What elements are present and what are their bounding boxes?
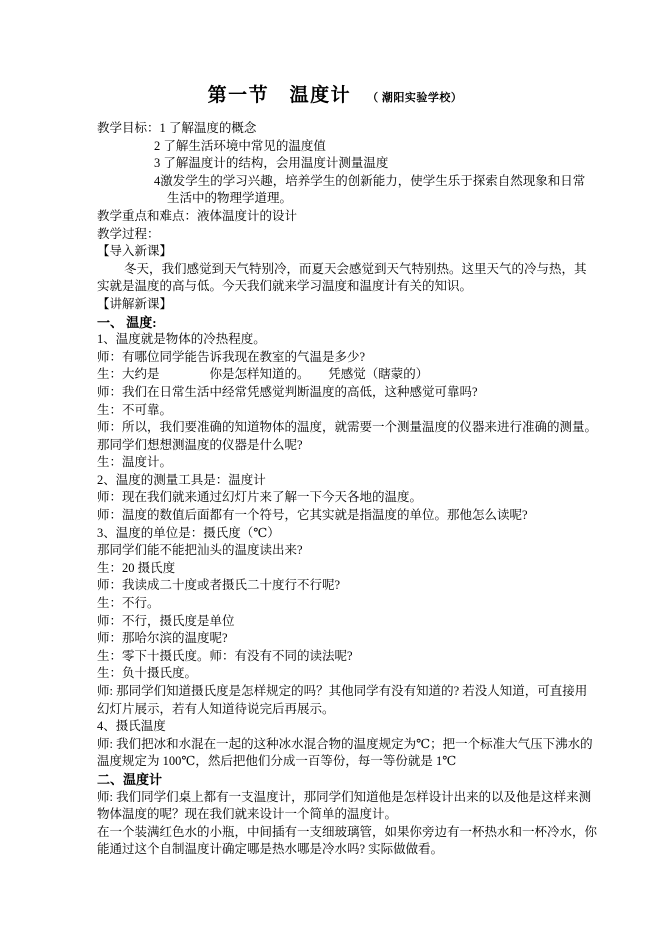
school-name: （ 潮阳实验学校）: [367, 92, 462, 104]
text-line: 4、摄氏温度: [97, 718, 573, 736]
text-line: 3、温度的单位是：摄氏度（℃）: [97, 525, 573, 543]
text-line: 生：温度计。: [97, 454, 573, 472]
text-line: 那同学们能不能把汕头的温度读出来?: [97, 542, 573, 560]
text-line: 教学过程：: [97, 226, 573, 244]
text-line: 师: 那同学们知道摄氏度是怎样规定的吗？其他同学有没有知道的? 若没人知道，可直…: [97, 683, 573, 701]
document-page: 第一节 温度计（ 潮阳实验学校） 教学目标：1 了解温度的概念2 了解生活环境中…: [0, 0, 661, 935]
text-line: 师：现在我们就来通过幻灯片来了解一下今天各地的温度。: [97, 489, 573, 507]
text-line: 能通过这个自制温度计确定哪是热水哪是冷水吗? 实际做做看。: [97, 841, 573, 859]
text-line: 4激发学生的学习兴趣，培养学生的创新能力，使学生乐于探索自然现象和日常: [97, 173, 573, 191]
text-line: 【导入新课】: [97, 243, 573, 261]
lesson-title: 第一节 温度计: [208, 85, 352, 106]
text-line: 物体温度的呢？现在我们就来设计一个简单的温度计。: [97, 806, 573, 824]
text-line: 幻灯片展示，若有人知道待说完后再展示。: [97, 701, 573, 719]
text-line: 2 了解生活环境中常见的温度值: [97, 138, 573, 156]
text-line: 冬天，我们感觉到天气特别冷，而夏天会感觉到天气特别热。这里天气的冷与热，其: [97, 261, 573, 279]
text-line: 师：所以，我们要准确的知道物体的温度，就需要一个测量温度的仪器来进行准确的测量。: [97, 419, 573, 437]
text-line: 温度规定为 100℃，然后把他们分成一百等份，每一等份就是 1℃: [97, 753, 573, 771]
text-line: 【讲解新课】: [97, 296, 573, 314]
text-line: 师：有哪位同学能告诉我现在教室的气温是多少?: [97, 349, 573, 367]
text-line: 师：温度的数值后面都有一个符号，它其实就是指温度的单位。那他怎么读呢?: [97, 507, 573, 525]
document-title: 第一节 温度计（ 潮阳实验学校）: [97, 84, 573, 108]
text-line: 师：我们在日常生活中经常凭感觉判断温度的高低，这种感觉可靠吗?: [97, 384, 573, 402]
text-line: 二、温度计: [97, 771, 573, 789]
text-line: 生：负十摄氏度。: [97, 665, 573, 683]
text-line: 师：我读成二十度或者摄氏二十度行不行呢?: [97, 577, 573, 595]
text-line: 师：不行，摄氏度是单位: [97, 613, 573, 631]
text-line: 3 了解温度计的结构，会用温度计测量温度: [97, 155, 573, 173]
text-line: 生：不可靠。: [97, 402, 573, 420]
text-line: 生：零下十摄氏度。师：有没有不同的读法呢?: [97, 648, 573, 666]
text-line: 师：那哈尔滨的温度呢?: [97, 630, 573, 648]
text-line: 生：20 摄氏度: [97, 560, 573, 578]
text-line: 那同学们想想测温度的仪器是什么呢?: [97, 437, 573, 455]
text-line: 一、 温度:: [97, 314, 573, 332]
text-line: 教学目标：1 了解温度的概念: [97, 120, 573, 138]
text-line: 1、温度就是物体的冷热程度。: [97, 331, 573, 349]
text-line: 2、温度的测量工具是：温度计: [97, 472, 573, 490]
text-line: 实就是温度的高与低。今天我们就来学习温度和温度计有关的知识。: [97, 278, 573, 296]
text-line: 生：不行。: [97, 595, 573, 613]
text-line: 教学重点和难点：液体温度计的设计: [97, 208, 573, 226]
text-line: 师: 我们把冰和水混在一起的这种冰水混合物的温度规定为℃；把一个标准大气压下沸水…: [97, 736, 573, 754]
document-body: 教学目标：1 了解温度的概念2 了解生活环境中常见的温度值3 了解温度计的结构，…: [97, 120, 573, 859]
text-line: 生活中的物理学道理。: [97, 190, 573, 208]
text-line: 生：大约是 你是怎样知道的。 凭感觉（瞎蒙的）: [97, 366, 573, 384]
text-line: 师: 我们同学们桌上都有一支温度计，那同学们知道他是怎样设计出来的以及他是这样来…: [97, 789, 573, 807]
text-line: 在一个装满红色水的小瓶，中间插有一支细玻璃管，如果你旁边有一杯热水和一杯冷水，你: [97, 824, 573, 842]
